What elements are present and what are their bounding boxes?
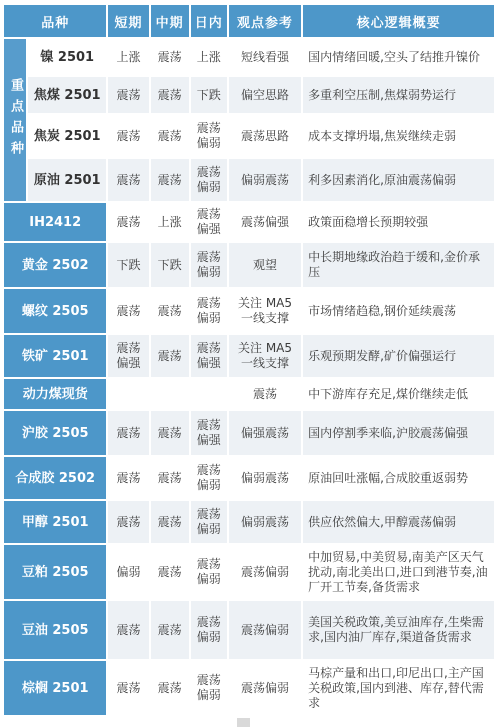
- variety-cell: IH2412: [4, 203, 106, 241]
- mid-term-cell: 下跌: [151, 243, 189, 287]
- variety-cell: 黄金 2502: [4, 243, 106, 287]
- short-term-cell: 震荡: [108, 289, 148, 333]
- mid-term-cell: 震荡: [151, 601, 189, 659]
- intraday-cell: 震荡偏弱: [191, 159, 227, 201]
- variety-cell: 动力煤现货: [4, 379, 106, 409]
- short-term-cell: 震荡: [108, 601, 148, 659]
- table-row: 焦煤 2501震荡震荡下跌偏空思路多重利空压制,焦煤弱势运行: [4, 77, 494, 113]
- table-row: 动力煤现货震荡中下游库存充足,煤价继续走低: [4, 379, 494, 409]
- intraday-cell: 震荡偏弱: [191, 115, 227, 157]
- mid-term-cell: 震荡: [151, 411, 189, 455]
- table-row: 甲醇 2501震荡震荡震荡偏弱偏弱震荡供应依然偏大,甲醇震荡偏弱: [4, 501, 494, 543]
- view-cell: 震荡思路: [229, 115, 301, 157]
- view-cell: 关注 MA5 一线支撑: [229, 289, 301, 333]
- table-row: 铁矿 2501震荡偏强震荡震荡偏强关注 MA5 一线支撑乐观预期发酵,矿价偏强运…: [4, 335, 494, 377]
- intraday-cell: 震荡偏弱: [191, 457, 227, 499]
- short-term-cell: [108, 379, 148, 409]
- variety-cell: 甲醇 2501: [4, 501, 106, 543]
- short-term-cell: 下跌: [108, 243, 148, 287]
- logic-cell: 政策面稳增长预期较强: [303, 203, 494, 241]
- header-short-term: 短期: [108, 5, 148, 37]
- intraday-cell: [191, 379, 227, 409]
- short-term-cell: 震荡: [108, 411, 148, 455]
- view-cell: 震荡偏弱: [229, 601, 301, 659]
- logic-cell: 国内情绪回暖,空头了结推升镍价: [303, 39, 494, 75]
- intraday-cell: 震荡偏弱: [191, 601, 227, 659]
- short-term-cell: 震荡: [108, 77, 148, 113]
- short-term-cell: 震荡: [108, 457, 148, 499]
- logic-cell: 美国关税政策,美豆油库存,生柴需求,国内油厂库存,渠道备货需求: [303, 601, 494, 659]
- table-row: 合成胶 2502震荡震荡震荡偏弱偏弱震荡原油回吐涨幅,合成胶重返弱势: [4, 457, 494, 499]
- variety-cell: 螺纹 2505: [4, 289, 106, 333]
- view-cell: 震荡: [229, 379, 301, 409]
- view-cell: 震荡偏强: [229, 203, 301, 241]
- table-row: 重点品种镍 2501上涨震荡上涨短线看强国内情绪回暖,空头了结推升镍价: [4, 39, 494, 75]
- header-intraday: 日内: [191, 5, 227, 37]
- view-cell: 震荡偏弱: [229, 545, 301, 599]
- header-core-logic: 核心逻辑概要: [303, 5, 494, 37]
- view-cell: 偏弱震荡: [229, 501, 301, 543]
- table-row: 豆粕 2505偏弱震荡震荡偏弱震荡偏弱中加贸易,中美贸易,南美产区天气扰动,南北…: [4, 545, 494, 599]
- page-bottom-marker: [237, 718, 250, 727]
- variety-cell: 镍 2501: [28, 39, 106, 75]
- header-variety: 品种: [4, 5, 106, 37]
- mid-term-cell: 震荡: [151, 545, 189, 599]
- mid-term-cell: 震荡: [151, 661, 189, 715]
- mid-term-cell: 震荡: [151, 501, 189, 543]
- intraday-cell: 上涨: [191, 39, 227, 75]
- table-row: IH2412震荡上涨震荡偏强震荡偏强政策面稳增长预期较强: [4, 203, 494, 241]
- view-cell: 震荡偏弱: [229, 661, 301, 715]
- variety-cell: 豆粕 2505: [4, 545, 106, 599]
- variety-cell: 豆油 2505: [4, 601, 106, 659]
- variety-cell: 焦炭 2501: [28, 115, 106, 157]
- table-row: 原油 2501震荡震荡震荡偏弱偏弱震荡利多因素消化,原油震荡偏弱: [4, 159, 494, 201]
- logic-cell: 多重利空压制,焦煤弱势运行: [303, 77, 494, 113]
- logic-cell: 供应依然偏大,甲醇震荡偏弱: [303, 501, 494, 543]
- logic-cell: 中下游库存充足,煤价继续走低: [303, 379, 494, 409]
- intraday-cell: 震荡偏强: [191, 335, 227, 377]
- mid-term-cell: 上涨: [151, 203, 189, 241]
- variety-cell: 合成胶 2502: [4, 457, 106, 499]
- logic-cell: 马棕产量和出口,印尼出口,主产国关税政策,国内到港、库存,替代需求: [303, 661, 494, 715]
- table-row: 豆油 2505震荡震荡震荡偏弱震荡偏弱美国关税政策,美豆油库存,生柴需求,国内油…: [4, 601, 494, 659]
- short-term-cell: 震荡: [108, 159, 148, 201]
- logic-cell: 乐观预期发酵,矿价偏强运行: [303, 335, 494, 377]
- logic-cell: 成本支撑坍塌,焦炭继续走弱: [303, 115, 494, 157]
- mid-term-cell: 震荡: [151, 39, 189, 75]
- mid-term-cell: 震荡: [151, 335, 189, 377]
- view-cell: 观望: [229, 243, 301, 287]
- logic-cell: 中长期地缘政治趋于缓和,金价承压: [303, 243, 494, 287]
- mid-term-cell: 震荡: [151, 115, 189, 157]
- intraday-cell: 震荡偏弱: [191, 243, 227, 287]
- view-cell: 关注 MA5 一线支撑: [229, 335, 301, 377]
- intraday-cell: 震荡偏弱: [191, 501, 227, 543]
- variety-cell: 原油 2501: [28, 159, 106, 201]
- view-cell: 偏空思路: [229, 77, 301, 113]
- header-view-reference: 观点参考: [229, 5, 301, 37]
- view-cell: 偏弱震荡: [229, 457, 301, 499]
- market-view-table: 品种 短期 中期 日内 观点参考 核心逻辑概要 重点品种镍 2501上涨震荡上涨…: [2, 3, 496, 717]
- mid-term-cell: 震荡: [151, 289, 189, 333]
- logic-cell: 国内停割季来临,沪胶震荡偏强: [303, 411, 494, 455]
- table-row: 棕榈 2501震荡震荡震荡偏弱震荡偏弱马棕产量和出口,印尼出口,主产国关税政策,…: [4, 661, 494, 715]
- short-term-cell: 震荡: [108, 203, 148, 241]
- intraday-cell: 震荡偏强: [191, 411, 227, 455]
- view-cell: 短线看强: [229, 39, 301, 75]
- variety-cell: 铁矿 2501: [4, 335, 106, 377]
- short-term-cell: 震荡偏强: [108, 335, 148, 377]
- table-row: 沪胶 2505震荡震荡震荡偏强偏强震荡国内停割季来临,沪胶震荡偏强: [4, 411, 494, 455]
- mid-term-cell: 震荡: [151, 77, 189, 113]
- header-mid-term: 中期: [151, 5, 189, 37]
- short-term-cell: 震荡: [108, 501, 148, 543]
- mid-term-cell: 震荡: [151, 457, 189, 499]
- logic-cell: 市场情绪趋稳,钢价延续震荡: [303, 289, 494, 333]
- mid-term-cell: [151, 379, 189, 409]
- key-group-label: 重点品种: [4, 78, 26, 162]
- key-group-bar: 重点品种: [4, 39, 26, 201]
- intraday-cell: 震荡偏弱: [191, 545, 227, 599]
- mid-term-cell: 震荡: [151, 159, 189, 201]
- view-cell: 偏强震荡: [229, 411, 301, 455]
- intraday-cell: 震荡偏弱: [191, 289, 227, 333]
- short-term-cell: 上涨: [108, 39, 148, 75]
- logic-cell: 利多因素消化,原油震荡偏弱: [303, 159, 494, 201]
- logic-cell: 原油回吐涨幅,合成胶重返弱势: [303, 457, 494, 499]
- intraday-cell: 下跌: [191, 77, 227, 113]
- variety-cell: 焦煤 2501: [28, 77, 106, 113]
- logic-cell: 中加贸易,中美贸易,南美产区天气扰动,南北美出口,进口到港节奏,油厂开工节奏,备…: [303, 545, 494, 599]
- variety-cell: 棕榈 2501: [4, 661, 106, 715]
- table-row: 焦炭 2501震荡震荡震荡偏弱震荡思路成本支撑坍塌,焦炭继续走弱: [4, 115, 494, 157]
- table-row: 螺纹 2505震荡震荡震荡偏弱关注 MA5 一线支撑市场情绪趋稳,钢价延续震荡: [4, 289, 494, 333]
- variety-cell: 沪胶 2505: [4, 411, 106, 455]
- intraday-cell: 震荡偏强: [191, 203, 227, 241]
- short-term-cell: 震荡: [108, 115, 148, 157]
- intraday-cell: 震荡偏弱: [191, 661, 227, 715]
- short-term-cell: 震荡: [108, 661, 148, 715]
- table-row: 黄金 2502下跌下跌震荡偏弱观望中长期地缘政治趋于缓和,金价承压: [4, 243, 494, 287]
- header-row: 品种 短期 中期 日内 观点参考 核心逻辑概要: [4, 5, 494, 37]
- view-cell: 偏弱震荡: [229, 159, 301, 201]
- short-term-cell: 偏弱: [108, 545, 148, 599]
